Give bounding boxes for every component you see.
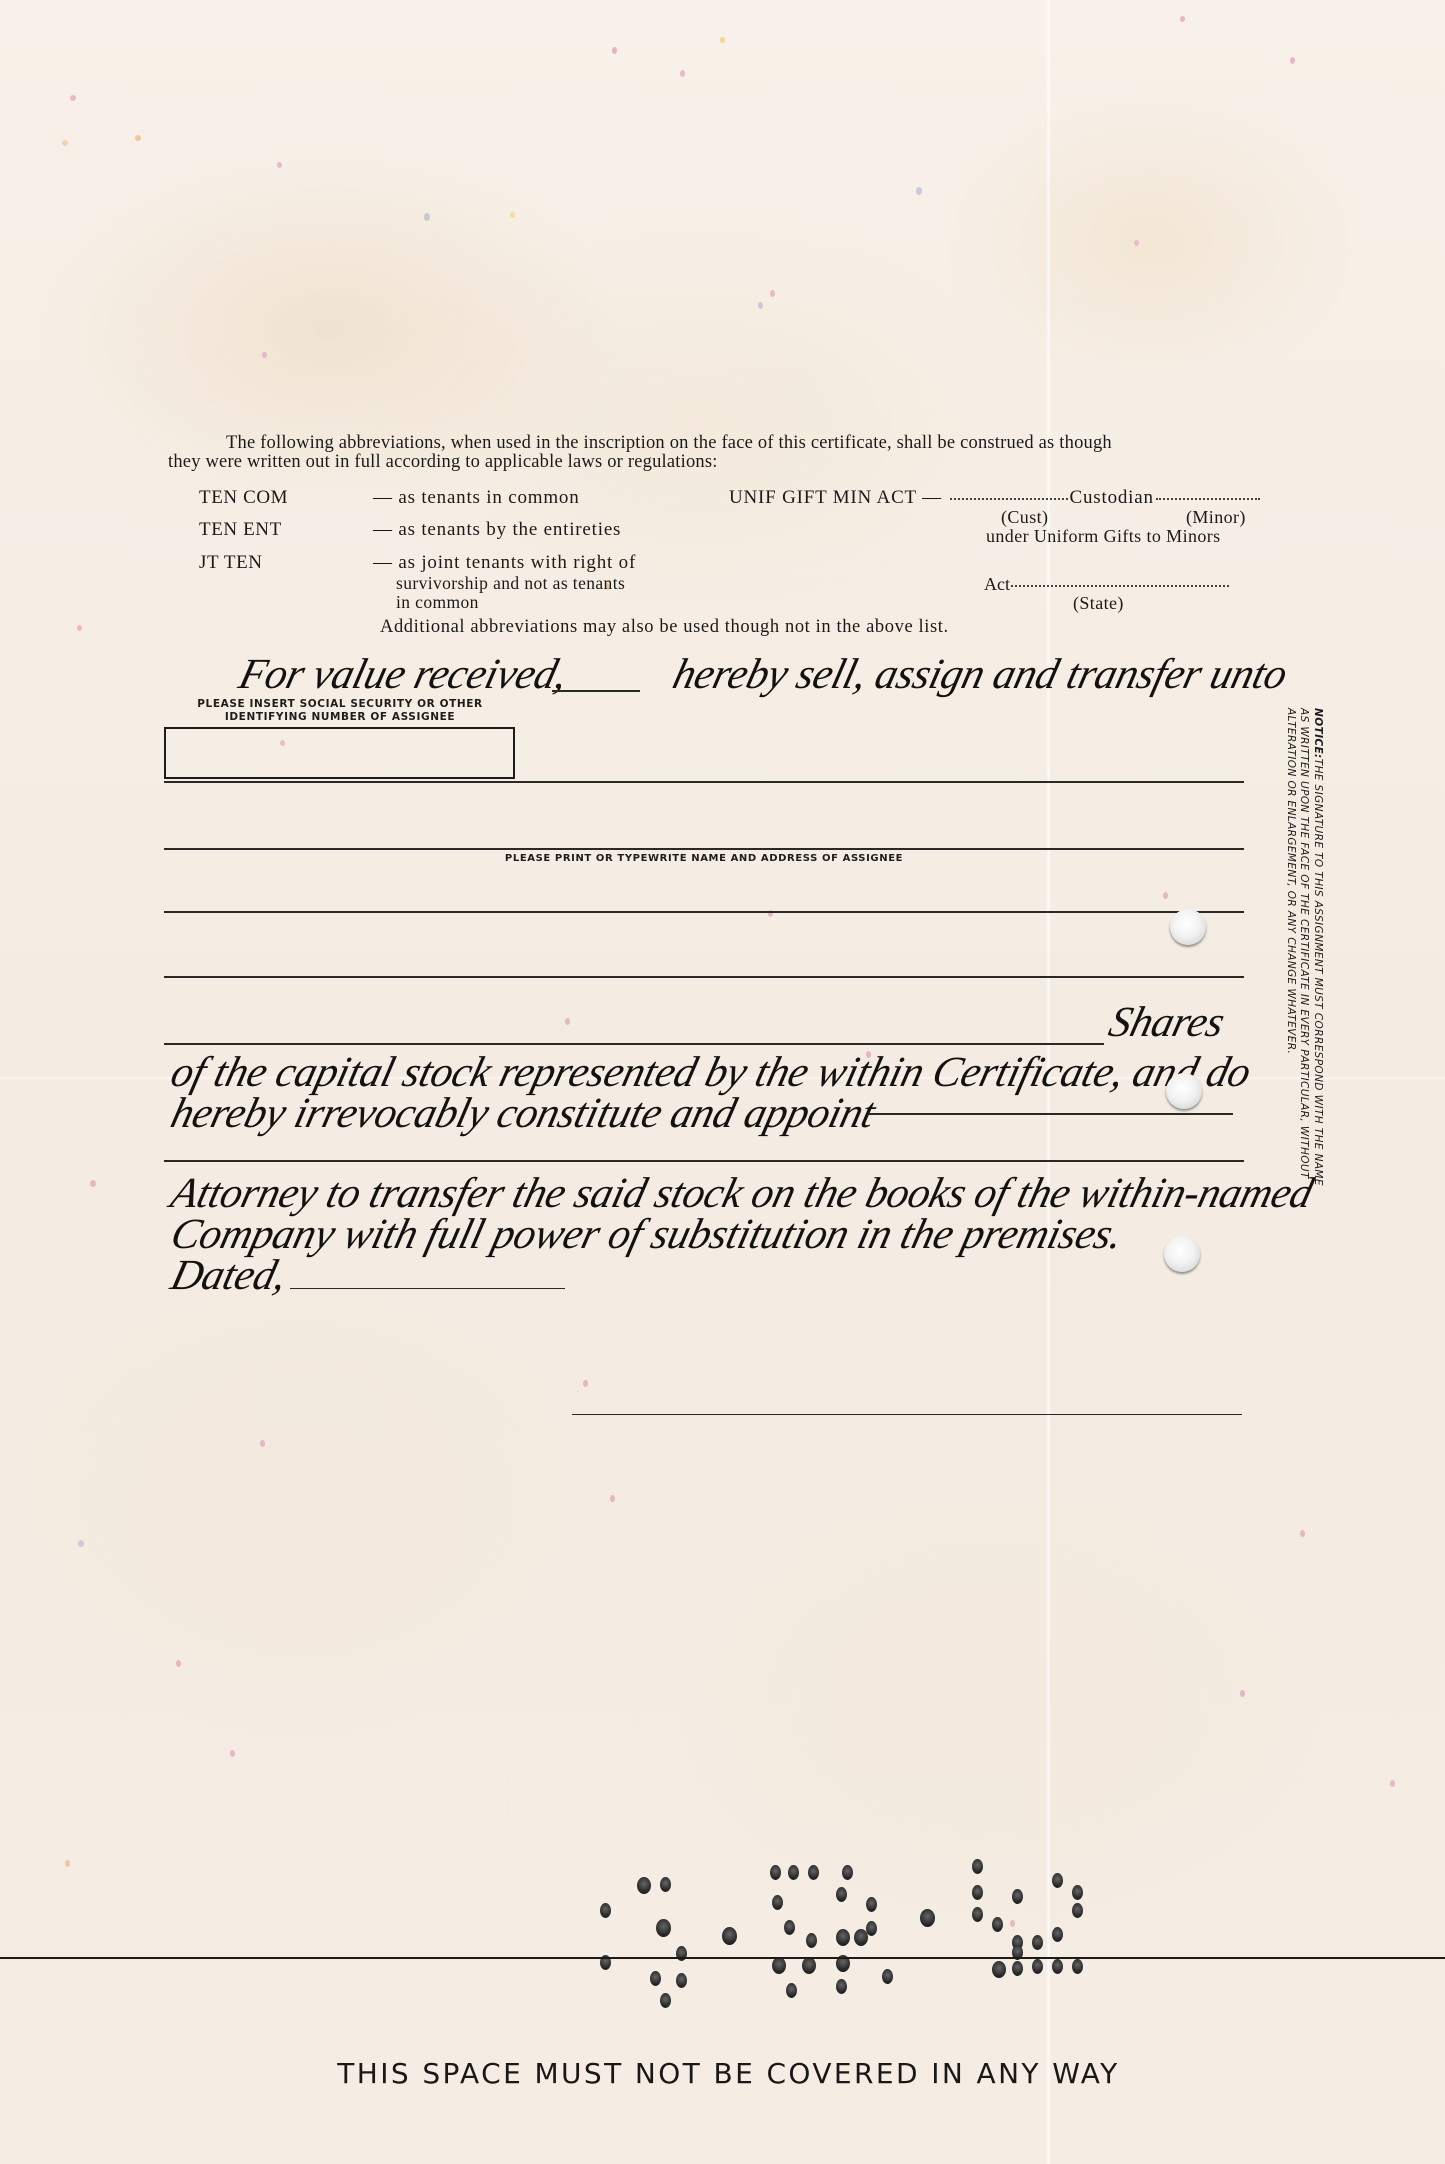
abbreviations-intro: The following abbreviations, when used i…: [168, 434, 1318, 472]
shares-count-line[interactable]: [164, 1043, 1104, 1045]
assignor-blank-line[interactable]: [552, 690, 640, 692]
attorney-name-line-2[interactable]: [164, 1160, 1244, 1162]
dated-label: Dated,: [166, 1251, 292, 1300]
cust-sublabel: (Cust): [1001, 507, 1048, 528]
ugma-line: UNIF GIFT MIN ACT — Custodian: [729, 487, 1262, 509]
ssn-label-line-2: IDENTIFYING NUMBER OF ASSIGNEE: [164, 711, 516, 724]
abbreviation-code: JT TEN: [199, 553, 263, 573]
abbreviation-meaning: — as tenants in common: [373, 488, 580, 508]
do-not-cover-warning: THIS SPACE MUST NOT BE COVERED IN ANY WA…: [0, 2057, 1445, 2090]
assignee-line-1[interactable]: [164, 781, 1244, 783]
bottom-divider: [0, 1957, 1445, 1959]
abbreviation-code: TEN COM: [199, 488, 288, 508]
signature-notice: NOTICE:THE SIGNATURE TO THIS ASSIGNMENT …: [1284, 708, 1325, 1328]
notice-line-2: AS WRITTEN UPON THE FACE OF THE CERTIFIC…: [1297, 708, 1311, 1328]
custodian-label: Custodian: [1070, 487, 1154, 508]
ugma-under-text: under Uniform Gifts to Minors: [986, 526, 1221, 547]
punch-hole: [1164, 1236, 1200, 1272]
name-address-label: PLEASE PRINT OR TYPEWRITE NAME AND ADDRE…: [164, 852, 1244, 865]
punch-hole: [1166, 1073, 1202, 1109]
ssn-label: PLEASE INSERT SOCIAL SECURITY OR OTHER I…: [164, 698, 516, 724]
additional-abbreviations-note: Additional abbreviations may also be use…: [380, 617, 949, 638]
state-sublabel: (State): [1073, 593, 1124, 614]
ssn-label-line-1: PLEASE INSERT SOCIAL SECURITY OR OTHER: [164, 698, 516, 711]
assignee-address-line-1[interactable]: [164, 911, 1244, 913]
abbreviation-meaning: — as tenants by the entireties: [373, 520, 621, 540]
attorney-name-line[interactable]: [868, 1113, 1233, 1115]
cancellation-perforations: [580, 1845, 1100, 1975]
custodian-dotted-field[interactable]: [950, 498, 1068, 500]
hereby-sell-text: hereby sell, assign and transfer unto: [668, 650, 1292, 699]
abbreviations-intro-line-1: The following abbreviations, when used i…: [168, 434, 1318, 453]
ssn-input-box[interactable]: [164, 727, 515, 779]
assignee-address-line-2[interactable]: [164, 976, 1244, 978]
abbreviation-meaning-continued: survivorship and not as tenants: [396, 574, 625, 592]
notice-line-1: THE SIGNATURE TO THIS ASSIGNMENT MUST CO…: [1312, 759, 1324, 1186]
company-power-text: Company with full power of substitution …: [166, 1210, 1128, 1259]
dated-input-line[interactable]: [290, 1288, 565, 1289]
state-dotted-field[interactable]: [1011, 585, 1229, 587]
minor-sublabel: (Minor): [1186, 507, 1246, 528]
act-label: Act: [984, 574, 1010, 594]
for-value-received-text: For value received,: [234, 650, 572, 699]
notice-line-3: ALTERATION OR ENLARGEMENT, OR ANY CHANGE…: [1284, 708, 1298, 1328]
ugma-label: UNIF GIFT MIN ACT —: [729, 487, 942, 508]
abbreviation-meaning: — as joint tenants with right of: [373, 553, 636, 573]
abbreviations-intro-line-2: they were written out in full according …: [168, 453, 1318, 472]
act-line: Act: [984, 574, 1229, 595]
irrevocably-appoint-text: hereby irrevocably constitute and appoin…: [166, 1089, 880, 1138]
abbreviation-meaning-continued: in common: [396, 593, 479, 611]
shares-text: Shares: [1104, 998, 1229, 1047]
minor-dotted-field[interactable]: [1156, 498, 1260, 500]
assignee-line-2[interactable]: [164, 848, 1244, 850]
notice-prefix: NOTICE:: [1312, 708, 1324, 759]
punch-hole: [1170, 909, 1206, 945]
signature-line[interactable]: [572, 1414, 1242, 1415]
abbreviation-code: TEN ENT: [199, 520, 282, 540]
